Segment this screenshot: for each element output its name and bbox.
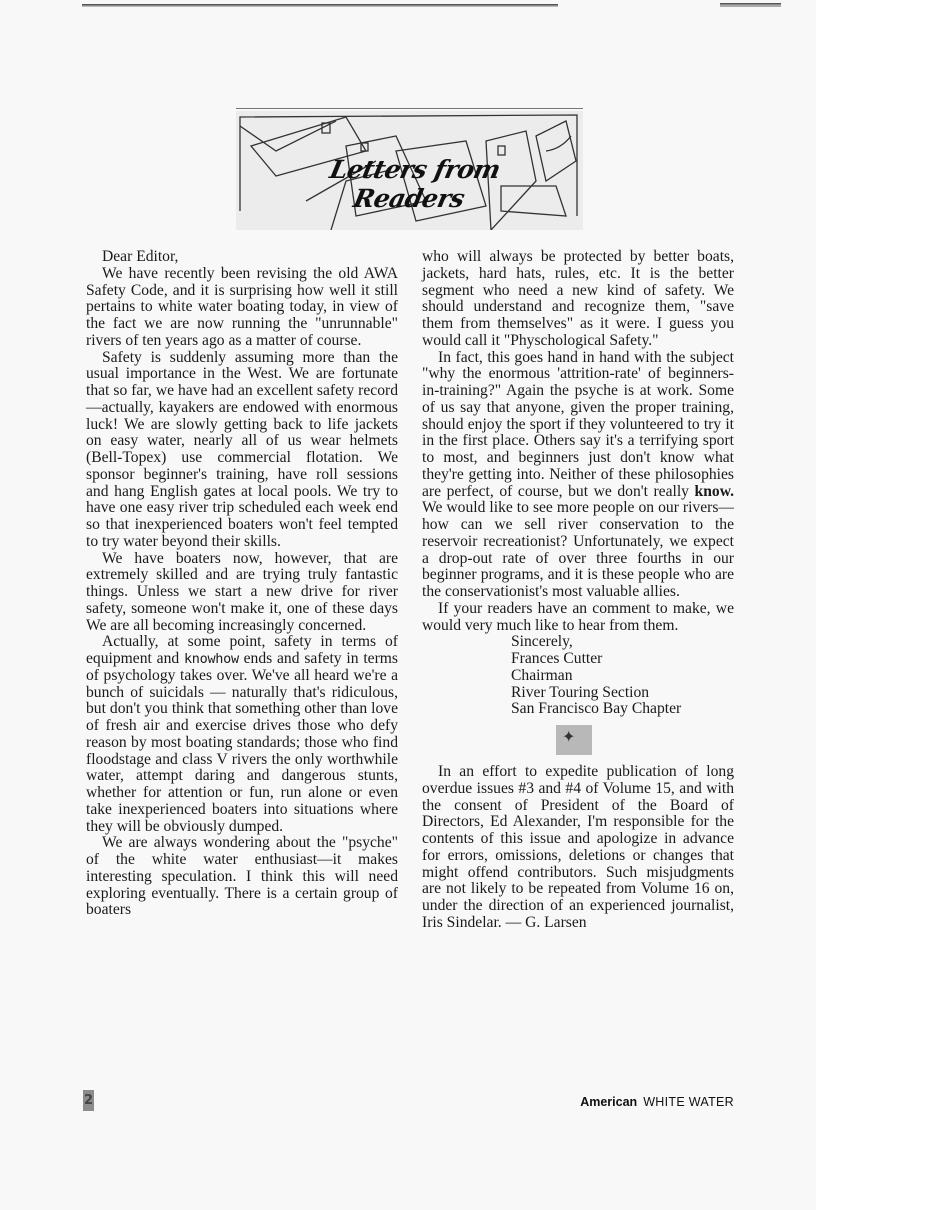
editor-note: In an effort to expedite publication of … [422, 764, 734, 932]
magazine-page: Letters from Readers Dear Editor, We hav… [0, 0, 816, 1210]
knowhow-word: knowhow [184, 651, 239, 667]
ornament-icon: ✦ [556, 725, 592, 755]
letters-banner: Letters from Readers [236, 111, 583, 230]
banner-title: Letters from Readers [266, 155, 558, 213]
text-run: We would like to see more people on our … [422, 499, 734, 600]
paddler-icon: ✦ [562, 729, 575, 746]
signature-block: Sincerely, Frances Cutter Chairman River… [511, 634, 734, 718]
footer-brand: American [580, 1095, 637, 1109]
emphasis-know: know. [695, 483, 734, 500]
letter-paragraph: We are always wondering about the "psych… [86, 835, 398, 919]
running-footer: AmericanWHITE WATER [560, 1095, 734, 1109]
text-run: In fact, this goes hand in hand with the… [422, 349, 734, 500]
top-rule-right [720, 3, 781, 7]
text-run: ends and safety in terms of psychology t… [86, 650, 398, 835]
left-column: Dear Editor, We have recently been revis… [86, 249, 398, 919]
signer-chapter: San Francisco Bay Chapter [511, 701, 734, 718]
signer-section: River Touring Section [511, 685, 734, 702]
top-rule-left [82, 4, 558, 7]
letter-paragraph: In fact, this goes hand in hand with the… [422, 350, 734, 601]
salutation: Dear Editor, [86, 249, 398, 266]
page-number: 2 [83, 1090, 94, 1111]
letter-paragraph: We have boaters now, however, that are e… [86, 551, 398, 635]
letter-paragraph-continued: who will always be protected by better b… [422, 249, 734, 350]
letter-paragraph: Safety is suddenly assuming more than th… [86, 350, 398, 551]
closing: Sincerely, [511, 634, 734, 651]
signer-name: Frances Cutter [511, 651, 734, 668]
letter-paragraph: If your readers have an comment to make,… [422, 601, 734, 635]
letter-paragraph: Actually, at some point, safety in terms… [86, 634, 398, 835]
letter-paragraph: We have recently been revising the old A… [86, 266, 398, 350]
right-column: who will always be protected by better b… [422, 249, 734, 932]
banner-rule [236, 108, 583, 109]
footer-publication: WHITE WATER [643, 1095, 734, 1109]
signer-role: Chairman [511, 668, 734, 685]
